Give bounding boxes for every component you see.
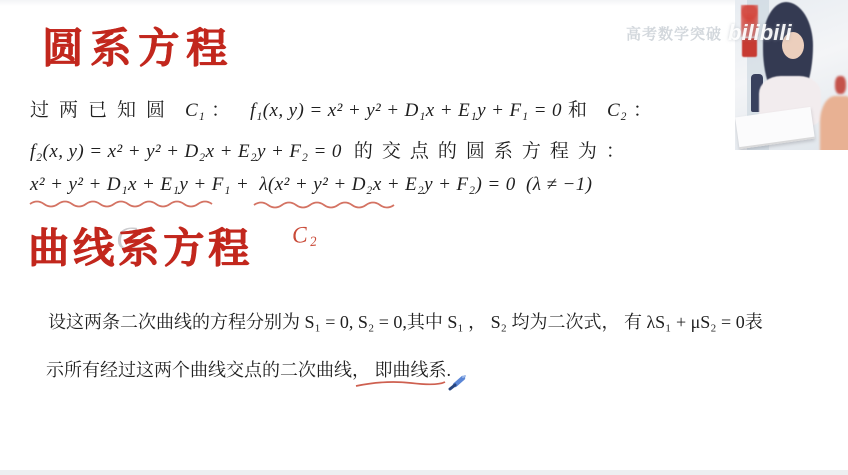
formula-line-1-cn2: 和 xyxy=(568,100,597,121)
top-edge-band xyxy=(0,0,848,6)
formula-line-1-colon2: ： xyxy=(633,100,662,121)
video-watermark: 高考数学突破 bilibili xyxy=(626,20,792,46)
formula-line-1-cn1: 过两已知圆 xyxy=(30,100,175,121)
formula-line-1-c2: C₂ xyxy=(607,100,627,121)
red-object xyxy=(835,76,846,94)
warm-foreground-shape xyxy=(820,96,848,150)
formula-line-3: x² + y² + D₁x + E₁y + F₁ + λ(x² + y² + D… xyxy=(30,174,592,196)
formula-line-1-f1: f₁(x, y) = x² + y² + D₁x + E₁y + F₁ = 0 xyxy=(250,100,562,121)
red-wavy-underline-2 xyxy=(252,199,396,209)
watermark-channel-text: 高考数学突破 xyxy=(626,23,722,44)
formula-line-1: 过两已知圆C₁：f₁(x, y) = x² + y² + D₁x + E₁y +… xyxy=(30,95,666,122)
curve-paragraph-line-1: 设这两条二次曲线的方程分别为 S₁ = 0, S₂ = 0,其中 S₁ ， S₂… xyxy=(48,308,763,334)
formula-line-1-colon1: ： xyxy=(211,100,240,121)
laser-pen-cursor-icon xyxy=(447,374,467,392)
section-title-curve-system: 曲线系方程 xyxy=(28,226,253,271)
red-underline-curve xyxy=(355,379,447,389)
section-title-circle-system: 圆系方程 xyxy=(42,26,234,71)
formula-line-2-f2: f₂(x, y) = x² + y² + D₂x + E₂y + F₂ = 0 xyxy=(30,141,342,162)
formula-line-1-c1: C₁ xyxy=(185,100,205,121)
video-lecture-frame: 圆系方程 过两已知圆C₁：f₁(x, y) = x² + y² + D₁x + … xyxy=(0,0,848,475)
red-wavy-underline-1 xyxy=(28,198,218,208)
formula-line-2: f₂(x, y) = x² + y² + D₂x + E₂y + F₂ = 0的… xyxy=(30,136,638,163)
formula-line-2-cn1: 的交点的圆系方程为： xyxy=(354,141,634,162)
bottom-edge-band xyxy=(0,470,848,475)
handwritten-c2-annotation: C₂ xyxy=(291,221,319,250)
bilibili-logo: bilibili xyxy=(728,20,792,46)
